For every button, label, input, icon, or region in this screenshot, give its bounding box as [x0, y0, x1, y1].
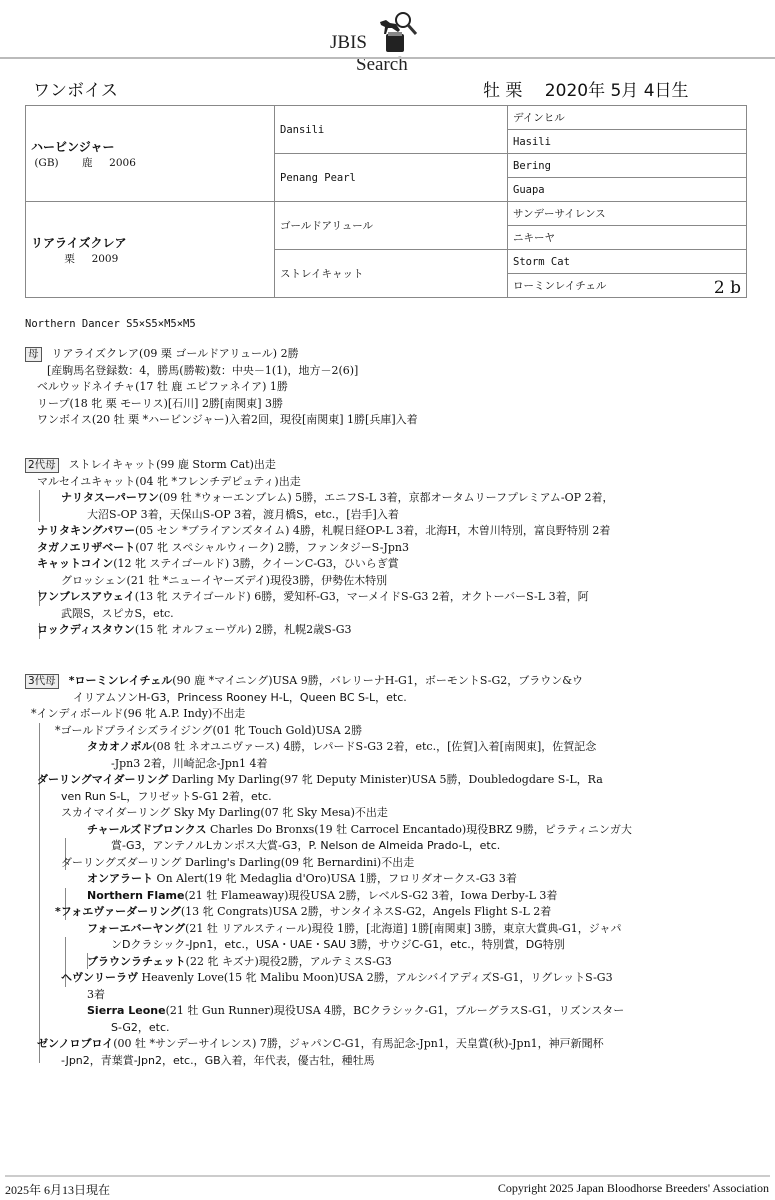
offspring-name[interactable]: ヘヴンリーラヴ: [61, 971, 138, 984]
offspring-record: (15 牝 オルフェーヴル) 2勝，札幌2歳S-G3: [135, 623, 352, 636]
dam-line: ワンボイス(20 牡 栗 *ハービンジャー)入着2回，現役[南関東] 1勝[兵庫…: [37, 413, 418, 426]
sire-dam-cell[interactable]: Penang Pearl: [275, 154, 508, 202]
ancestor-cell[interactable]: Hasili: [508, 130, 747, 154]
offspring-record: ven Run S-L，フリゼットS-G1 2着，etc.: [61, 790, 272, 803]
ancestor-cell[interactable]: ニキーヤ: [508, 226, 747, 250]
offspring-record: (13 牝 ステイゴールド) 6勝，愛知杯-G3，マーメイドS-G3 2着，オク…: [135, 590, 589, 603]
offspring-record: 賞-G3，アンテノルLカンポス大賞-G3，P. Nelson de Almeid…: [111, 839, 500, 852]
offspring-line: グロッシェン(21 牡 *ニューイヤーズデイ)現役3勝，伊勢佐木特別: [61, 574, 387, 587]
offspring-record: Darling My Darling(97 牝 Deputy Minister)…: [168, 773, 602, 786]
offspring-name[interactable]: ゼンノロブロイ: [37, 1037, 113, 1050]
offspring-record: 武隈S，スピカS，etc.: [61, 607, 174, 620]
offspring-name[interactable]: ナリタスーパーワン: [61, 491, 159, 504]
offspring-record: Charles Do Bronxs(19 牡 Carrocel Encantad…: [206, 823, 631, 836]
offspring-name[interactable]: タカオノボル: [87, 740, 152, 753]
third-dam-record: イリアムソンH-G3，Princess Rooney H-L，Queen BC …: [73, 691, 407, 704]
ancestor-cell[interactable]: Storm Cat: [508, 250, 747, 274]
offspring-name[interactable]: ワンブレスアウェイ: [37, 590, 135, 603]
offspring-name[interactable]: タガノエリザベート: [37, 541, 135, 554]
offspring-name[interactable]: ロックディスタウン: [37, 623, 135, 636]
sire-sire-cell[interactable]: Dansili: [275, 106, 508, 154]
offspring-line: *ゴールドプライシズライジング(01 牝 Touch Gold)USA 2勝: [55, 724, 362, 737]
dam-cell[interactable]: リアライズクレア 栗 2009: [26, 202, 275, 298]
third-dam-name[interactable]: *ローミンレイチェル: [69, 674, 173, 687]
header-divider: [0, 57, 775, 59]
offspring-name[interactable]: チャールズドブロンクス: [87, 823, 206, 836]
offspring-record: 大沼S-OP 3着，天保山S-OP 3着，渡月橋S，etc.，[岩手]入着: [87, 508, 399, 521]
ancestor-cell[interactable]: デインヒル: [508, 106, 747, 130]
as-of-date: 2025年 6月13日現在: [5, 1181, 110, 1198]
dam-line: [産駒馬名登録数：4，勝馬(勝鞍)数：中央－1(1)，地方－2(6)]: [47, 364, 358, 377]
dam-badge: 母: [25, 347, 42, 362]
dam-dam-cell[interactable]: ストレイキャット: [275, 250, 508, 298]
pedigree-table: ハービンジャー (GB) 鹿 2006 Dansili デインヒル Hasili…: [25, 105, 747, 298]
ancestor-cell[interactable]: Bering: [508, 154, 747, 178]
offspring-record: -Jpn3 2着，川崎記念-Jpn1 4着: [111, 757, 268, 770]
dam-line: リープ(18 牝 栗 モーリス)[石川] 2勝[南関東] 3勝: [37, 397, 283, 410]
offspring-record: (08 牡 ネオユニヴァース) 4勝，レパードS-G3 2着，etc.，[佐賀]…: [152, 740, 596, 753]
offspring-name[interactable]: フォーエバーヤング: [87, 922, 185, 935]
offspring-name[interactable]: ナリタキングパワー: [37, 524, 135, 537]
offspring-line: スカイマイダーリング Sky My Darling(07 牝 Sky Mesa)…: [61, 806, 388, 819]
offspring-name[interactable]: キャットコイン: [37, 557, 113, 570]
sire-cell[interactable]: ハービンジャー (GB) 鹿 2006: [26, 106, 275, 202]
offspring-record: (12 牝 ステイゴールド) 3勝，クイーンC-G3，ひいらぎ賞: [113, 557, 399, 570]
offspring-record: (22 牝 キズナ)現役2勝，アルテミスS-G3: [186, 955, 392, 968]
offspring-name[interactable]: Northern Flame: [87, 889, 184, 902]
jbis-search-logo[interactable]: JBIS Search: [330, 6, 460, 52]
logo-jbis: JBIS: [330, 32, 367, 53]
offspring-name[interactable]: オンアラート: [87, 872, 153, 885]
sire-info: (GB) 鹿 2006: [31, 155, 269, 170]
second-dam-line: ストレイキャット(99 鹿 Storm Cat)出走: [69, 458, 276, 471]
offspring-name[interactable]: Sierra Leone: [87, 1004, 166, 1017]
offspring-record: (07 牝 スペシャルウィーク) 2勝，ファンタジーS-Jpn3: [135, 541, 409, 554]
dam-sire-cell[interactable]: ゴールドアリュール: [275, 202, 508, 250]
offspring-name[interactable]: ブラウンラチェット: [87, 955, 186, 968]
offspring-record: (09 牡 *ウォーエンブレム) 5勝，エニフS-L 3着，京都オータムリーフプ…: [159, 491, 614, 504]
inbreeding-info: Northern Dancer S5×S5×M5×M5: [25, 318, 196, 330]
third-dam-record: (90 鹿 *マイニング)USA 9勝，バレリーナH-G1，ボーモントS-G2，…: [172, 674, 583, 687]
offspring-record: (21 牡 Flameaway)現役USA 2勝，レベルS-G2 3着，Iowa…: [184, 889, 557, 902]
offspring-record: (21 牡 Gun Runner)現役USA 4勝，BCクラシック-G1，ブルー…: [166, 1004, 625, 1017]
offspring-record: S-G2，etc.: [111, 1021, 170, 1034]
offspring-name[interactable]: *フォエヴァーダーリング: [55, 905, 181, 918]
ancestor-cell[interactable]: Guapa: [508, 178, 747, 202]
family-number: 2 b: [714, 278, 741, 298]
horse-attributes: 牡 栗 2020年 5月 4日生: [483, 76, 689, 101]
offspring-record: (05 セン *ブライアンズタイム) 4勝，札幌日経OP-L 3着，北海H，木曽…: [135, 524, 610, 537]
dam-name: リアライズクレア: [31, 234, 269, 251]
second-dam-section: 2代母ストレイキャット(99 鹿 Storm Cat)出走 マルセイユキャット(…: [25, 457, 760, 639]
copyright: Copyright 2025 Japan Bloodhorse Breeders…: [498, 1181, 769, 1196]
offspring-record: (21 牡 リアルスティール)現役 1勝，[北海道] 1勝[南関東] 3勝，東京…: [185, 922, 621, 935]
offspring-record: ンDクラシック-Jpn1，etc.，USA・UAE・SAU 3勝，サウジC-G1…: [111, 938, 565, 951]
sire-name: ハービンジャー: [31, 138, 269, 155]
offspring-record: On Alert(19 牝 Medaglia d'Oro)USA 1勝，フロリダ…: [153, 872, 517, 885]
offspring-record: (00 牡 *サンデーサイレンス) 7勝，ジャパンC-G1，有馬記念-Jpn1，…: [113, 1037, 603, 1050]
offspring-line: ダーリングズダーリング Darling's Darling(09 牝 Berna…: [61, 856, 414, 869]
ancestor-cell[interactable]: ローミンレイチェル2 b: [508, 274, 747, 298]
horse-title: ワンボイス 牡 栗 2020年 5月 4日生: [33, 76, 733, 102]
ancestor-name: ローミンレイチェル: [513, 280, 606, 292]
offspring-record: (13 牝 Congrats)USA 2勝，サンタイネスS-G2，Angels …: [181, 905, 551, 918]
offspring-record: Heavenly Love(15 牝 Malibu Moon)USA 2勝，アル…: [138, 971, 613, 984]
dam-section: 母リアライズクレア(09 栗 ゴールドアリュール) 2勝 [産駒馬名登録数：4，…: [25, 346, 760, 429]
offspring-record: -Jpn2，青葉賞-Jpn2，etc.，GB入着，年代表，優古牡，種牡馬: [61, 1054, 375, 1067]
third-dam-section: 3代母*ローミンレイチェル(90 鹿 *マイニング)USA 9勝，バレリーナH-…: [25, 673, 760, 1069]
dam-line: ベルウッドネイチャ(17 牡 鹿 エピファネイア) 1勝: [37, 380, 288, 393]
offspring-record: 3着: [87, 988, 105, 1001]
horse-name: ワンボイス: [33, 76, 118, 101]
third-dam-badge: 3代母: [25, 674, 59, 689]
dam-line: リアライズクレア(09 栗 ゴールドアリュール) 2勝: [52, 347, 299, 360]
offspring-line: マルセイユキャット(04 牝 *フレンチデピュティ)出走: [37, 475, 301, 488]
dam-info: 栗 2009: [31, 251, 269, 266]
ancestor-cell[interactable]: サンデーサイレンス: [508, 202, 747, 226]
offspring-line: *インディボールド(96 牝 A.P. Indy)不出走: [31, 707, 245, 720]
offspring-name[interactable]: ダーリングマイダーリング: [37, 773, 168, 786]
second-dam-badge: 2代母: [25, 458, 59, 473]
footer-divider: [5, 1175, 770, 1177]
